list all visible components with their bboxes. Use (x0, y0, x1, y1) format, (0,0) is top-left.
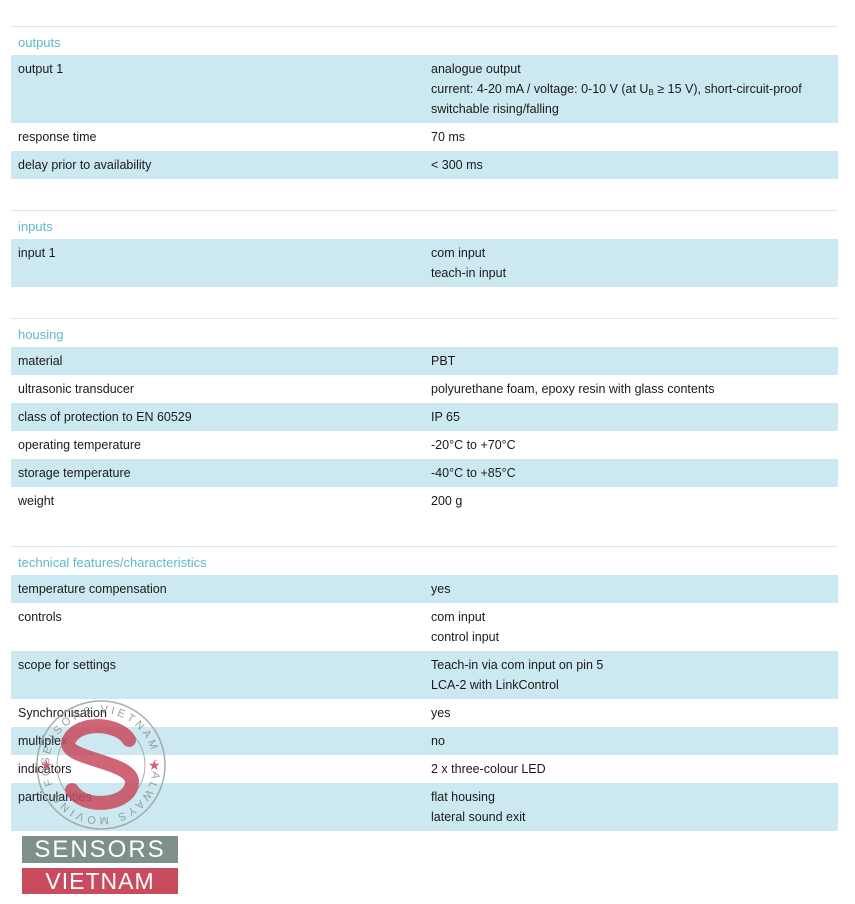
spec-value: flat housinglateral sound exit (431, 787, 838, 827)
spec-value: < 300 ms (431, 155, 838, 175)
spec-value-line: -20°C to +70°C (431, 435, 838, 455)
spec-label: material (18, 351, 431, 371)
spec-label: multiplex (18, 731, 431, 751)
spec-value: yes (431, 703, 838, 723)
spec-row: scope for settingsTeach-in via com input… (11, 651, 838, 699)
section-title: housing (11, 319, 838, 347)
spec-value-line: 70 ms (431, 127, 838, 147)
spec-value: -40°C to +85°C (431, 463, 838, 483)
spec-row: response time70 ms (11, 123, 838, 151)
spec-value-line: yes (431, 703, 838, 723)
section-title: technical features/characteristics (11, 547, 838, 575)
spec-value-line: IP 65 (431, 407, 838, 427)
spec-row: storage temperature-40°C to +85°C (11, 459, 838, 487)
spec-label: storage temperature (18, 463, 431, 483)
spec-value-line: 200 g (431, 491, 838, 511)
spec-value-line: flat housing (431, 787, 838, 807)
spec-row: delay prior to availability< 300 ms (11, 151, 838, 179)
spec-row: weight200 g (11, 487, 838, 515)
spec-value-line: control input (431, 627, 838, 647)
spec-value: PBT (431, 351, 838, 371)
spec-value-line: analogue output (431, 59, 838, 79)
spec-row: output 1analogue outputcurrent: 4-20 mA … (11, 55, 838, 123)
spec-value: yes (431, 579, 838, 599)
spec-value: -20°C to +70°C (431, 435, 838, 455)
spec-row: temperature compensationyes (11, 575, 838, 603)
spec-label: delay prior to availability (18, 155, 431, 175)
spec-value: IP 65 (431, 407, 838, 427)
badge-vietnam: VIETNAM (22, 868, 178, 894)
spec-label: scope for settings (18, 655, 431, 695)
spec-value-line: Teach-in via com input on pin 5 (431, 655, 838, 675)
specification-table: outputsoutput 1analogue outputcurrent: 4… (11, 26, 838, 862)
spec-row: ultrasonic transducerpolyurethane foam, … (11, 375, 838, 403)
spec-value-line: < 300 ms (431, 155, 838, 175)
spec-label: temperature compensation (18, 579, 431, 599)
spec-value-line: com input (431, 243, 838, 263)
spec-value: 2 x three-colour LED (431, 759, 838, 779)
section-technical: technical features/characteristicstemper… (11, 546, 838, 831)
spec-label: input 1 (18, 243, 431, 283)
spec-row: class of protection to EN 60529IP 65 (11, 403, 838, 431)
spec-value-line: PBT (431, 351, 838, 371)
spec-value: polyurethane foam, epoxy resin with glas… (431, 379, 838, 399)
spec-label: Synchronisation (18, 703, 431, 723)
spec-label: operating temperature (18, 435, 431, 455)
spec-label: response time (18, 127, 431, 147)
spec-value-line: switchable rising/falling (431, 99, 838, 119)
section-title: outputs (11, 27, 838, 55)
spec-label: weight (18, 491, 431, 511)
spec-label: indicators (18, 759, 431, 779)
spec-label: class of protection to EN 60529 (18, 407, 431, 427)
spec-label: controls (18, 607, 431, 647)
spec-row: particularitiesflat housinglateral sound… (11, 783, 838, 831)
spec-row: input 1com inputteach-in input (11, 239, 838, 287)
spec-value-line: yes (431, 579, 838, 599)
spec-label: particularities (18, 787, 431, 827)
spec-value: com inputcontrol input (431, 607, 838, 647)
spec-value-line: no (431, 731, 838, 751)
spec-value-line: teach-in input (431, 263, 838, 283)
spec-value: 70 ms (431, 127, 838, 147)
section-title: inputs (11, 211, 838, 239)
spec-row: Synchronisationyes (11, 699, 838, 727)
spec-value-line: com input (431, 607, 838, 627)
spec-row: operating temperature-20°C to +70°C (11, 431, 838, 459)
spec-value-line: current: 4-20 mA / voltage: 0-10 V (at U… (431, 79, 838, 99)
spec-value: 200 g (431, 491, 838, 511)
section-inputs: inputsinput 1com inputteach-in input (11, 210, 838, 287)
section-outputs: outputsoutput 1analogue outputcurrent: 4… (11, 26, 838, 179)
spec-row: controlscom inputcontrol input (11, 603, 838, 651)
spec-value-line: 2 x three-colour LED (431, 759, 838, 779)
spec-row: materialPBT (11, 347, 838, 375)
spec-value: com inputteach-in input (431, 243, 838, 283)
spec-value-line: -40°C to +85°C (431, 463, 838, 483)
spec-value: no (431, 731, 838, 751)
spec-value-line: polyurethane foam, epoxy resin with glas… (431, 379, 838, 399)
spec-value-line: lateral sound exit (431, 807, 838, 827)
spec-row: multiplexno (11, 727, 838, 755)
spec-value: Teach-in via com input on pin 5LCA-2 wit… (431, 655, 838, 695)
spec-label: ultrasonic transducer (18, 379, 431, 399)
spec-value-line: LCA-2 with LinkControl (431, 675, 838, 695)
section-housing: housingmaterialPBTultrasonic transducerp… (11, 318, 838, 515)
spec-value: analogue outputcurrent: 4-20 mA / voltag… (431, 59, 838, 119)
spec-row: indicators2 x three-colour LED (11, 755, 838, 783)
spec-label: output 1 (18, 59, 431, 119)
